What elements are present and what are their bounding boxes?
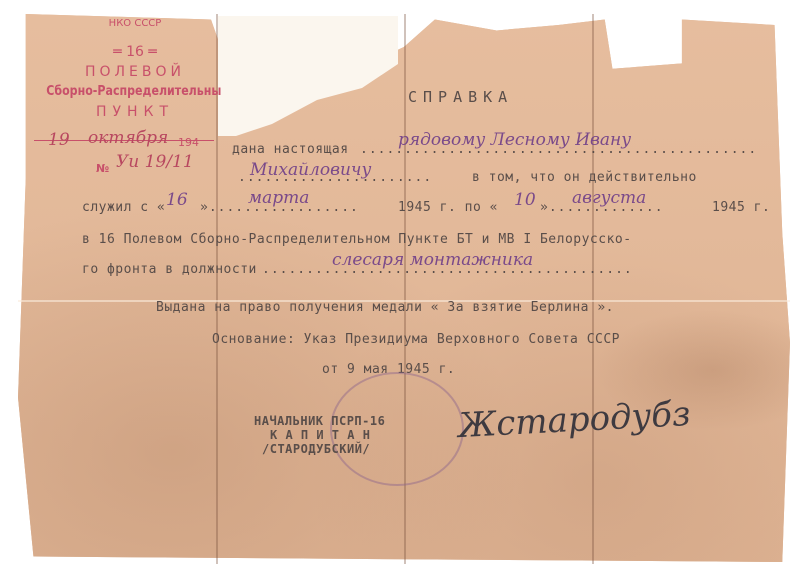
stamp-ref-number: Уи 19/11: [116, 152, 194, 172]
body-line3-typed-a: служил с «: [82, 200, 165, 215]
stamp-number: ═ 16 ═: [80, 44, 190, 60]
stamp-ref-label: №: [96, 162, 109, 175]
body-line7-typed: Основание: Указ Президиума Верховного Со…: [212, 332, 620, 347]
stamp-line1: ПОЛЕВОЙ: [60, 64, 210, 80]
body-line1-typed: дана настоящая: [232, 142, 349, 157]
body-line3-typed-b: 1945 г. по «: [398, 200, 498, 215]
body-line2-typed: в том, что он действительно: [472, 170, 697, 185]
stamp-line3: ПУНКТ: [60, 104, 210, 120]
stamp-date-year: 194: [178, 136, 199, 149]
signatory-title: НАЧАЛЬНИК ПСРП-16: [254, 414, 385, 428]
signatory-name: /СТАРОДУБСКИЙ/: [262, 442, 370, 456]
fold-line: [592, 14, 594, 564]
stamp-org: НКО СССР: [80, 18, 190, 29]
body-line4-typed: в 16 Полевом Сборно-Распределительном Пу…: [82, 232, 632, 247]
body-line6-typed: Выдана на право получения медали « За вз…: [156, 300, 614, 315]
service-end-month: августа: [572, 188, 646, 208]
position-title: слесаря монтажника: [332, 250, 533, 270]
document-title: СПРАВКА: [408, 88, 513, 106]
service-start-day: 16: [166, 190, 188, 210]
service-start-month: марта: [248, 188, 309, 208]
stamp-date-day: 19: [48, 130, 70, 150]
service-end-day: 10: [514, 190, 536, 210]
signatory-rank: К А П И Т А Н: [270, 428, 370, 442]
body-line3-typed-c: 1945 г.: [712, 200, 770, 215]
stamp-line2: Сборно-Распределительны: [46, 84, 208, 99]
dotted-fill: ......................: [238, 170, 432, 185]
stamp-date-month: октября: [88, 128, 168, 148]
recipient-name: рядовому Лесному Ивану: [398, 130, 631, 150]
body-line5-typed: го фронта в должности: [82, 262, 257, 277]
